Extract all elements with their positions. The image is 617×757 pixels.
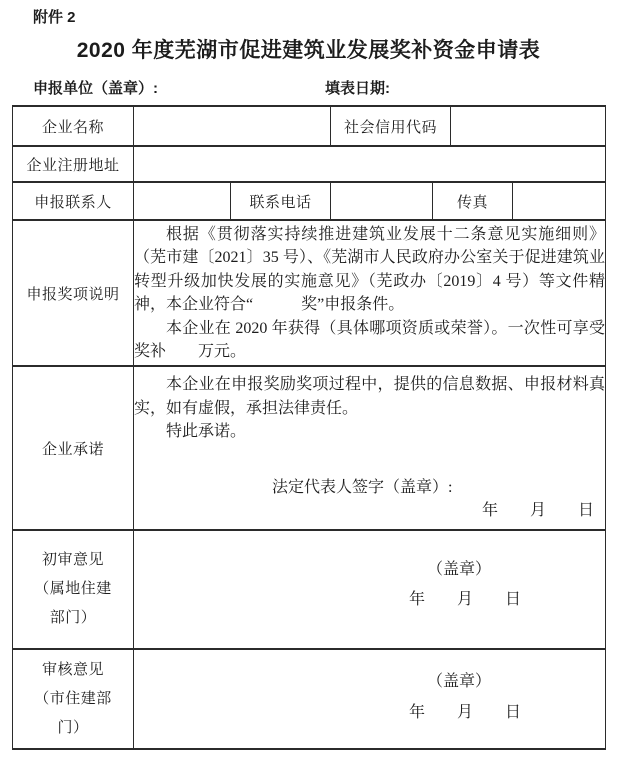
commitment-date-placeholder: 年 月 日 xyxy=(134,499,605,523)
award-description-row: 申报奖项说明 根据《贯彻落实持续推进建筑业发展十二条意见实施细则》（芜市建〔20… xyxy=(13,220,606,366)
company-name-row: 企业名称 社会信用代码 xyxy=(13,106,606,146)
final-review-row: 审核意见 （市住建部 门） （盖章） 年 月 日 xyxy=(13,649,606,749)
company-name-label: 企业名称 xyxy=(13,106,134,146)
company-name-field[interactable] xyxy=(134,106,331,146)
commitment-row: 企业承诺 本企业在申报奖励奖项过程中，提供的信息数据、申报材料真实，如有虚假，承… xyxy=(13,366,606,530)
commitment-paragraph-1: 本企业在申报奖励奖项过程中，提供的信息数据、申报材料真实，如有虚假，承担法律责任… xyxy=(134,373,605,420)
form-document-page: 附件 2 2020 年度芜湖市促进建筑业发展奖补资金申请表 申报单位（盖章）:填… xyxy=(0,0,617,757)
final-seal-label: （盖章） xyxy=(134,670,605,694)
applicant-unit-label: 申报单位（盖章）: xyxy=(33,79,325,99)
registered-address-field[interactable] xyxy=(134,146,606,182)
registered-address-row: 企业注册地址 xyxy=(13,146,606,182)
credit-code-label: 社会信用代码 xyxy=(331,106,451,146)
commitment-paragraph-2: 特此承诺。 xyxy=(134,420,605,444)
form-subheader: 申报单位（盖章）:填表日期: xyxy=(33,79,617,99)
final-review-field[interactable]: （盖章） 年 月 日 xyxy=(134,649,606,749)
application-form-table: 企业名称 社会信用代码 企业注册地址 申报联系人 联系电话 传真 申报奖项说明 … xyxy=(12,105,606,750)
fax-label: 传真 xyxy=(433,182,513,220)
preliminary-review-row: 初审意见 （属地住建 部门） （盖章） 年 月 日 xyxy=(13,530,606,649)
legal-rep-signature-label: 法定代表人签字（盖章）: xyxy=(134,476,605,500)
contact-person-label: 申报联系人 xyxy=(13,182,134,220)
contact-phone-label: 联系电话 xyxy=(231,182,331,220)
commitment-text: 本企业在申报奖励奖项过程中，提供的信息数据、申报材料真实，如有虚假，承担法律责任… xyxy=(134,366,606,530)
registered-address-label: 企业注册地址 xyxy=(13,146,134,182)
preliminary-seal-label: （盖章） xyxy=(134,558,605,582)
contact-row: 申报联系人 联系电话 传真 xyxy=(13,182,606,220)
credit-code-field[interactable] xyxy=(451,106,606,146)
preliminary-review-label: 初审意见 （属地住建 部门） xyxy=(13,530,134,649)
fill-date-label: 填表日期: xyxy=(325,80,390,97)
award-paragraph-1: 根据《贯彻落实持续推进建筑业发展十二条意见实施细则》（芜市建〔2021〕35 号… xyxy=(134,223,605,317)
award-paragraph-2: 本企业在 2020 年获得（具体哪项资质或荣誉）。一次性可享受奖补 万元。 xyxy=(134,317,605,364)
final-date-placeholder: 年 月 日 xyxy=(134,701,605,725)
contact-person-field[interactable] xyxy=(134,182,231,220)
award-description-label: 申报奖项说明 xyxy=(13,220,134,366)
contact-phone-field[interactable] xyxy=(331,182,433,220)
award-description-text: 根据《贯彻落实持续推进建筑业发展十二条意见实施细则》（芜市建〔2021〕35 号… xyxy=(134,220,606,366)
preliminary-date-placeholder: 年 月 日 xyxy=(134,588,605,612)
attachment-label: 附件 2 xyxy=(0,0,617,28)
page-title: 2020 年度芜湖市促进建筑业发展奖补资金申请表 xyxy=(0,37,617,64)
final-review-label: 审核意见 （市住建部 门） xyxy=(13,649,134,749)
fax-field[interactable] xyxy=(513,182,606,220)
commitment-label: 企业承诺 xyxy=(13,366,134,530)
preliminary-review-field[interactable]: （盖章） 年 月 日 xyxy=(134,530,606,649)
